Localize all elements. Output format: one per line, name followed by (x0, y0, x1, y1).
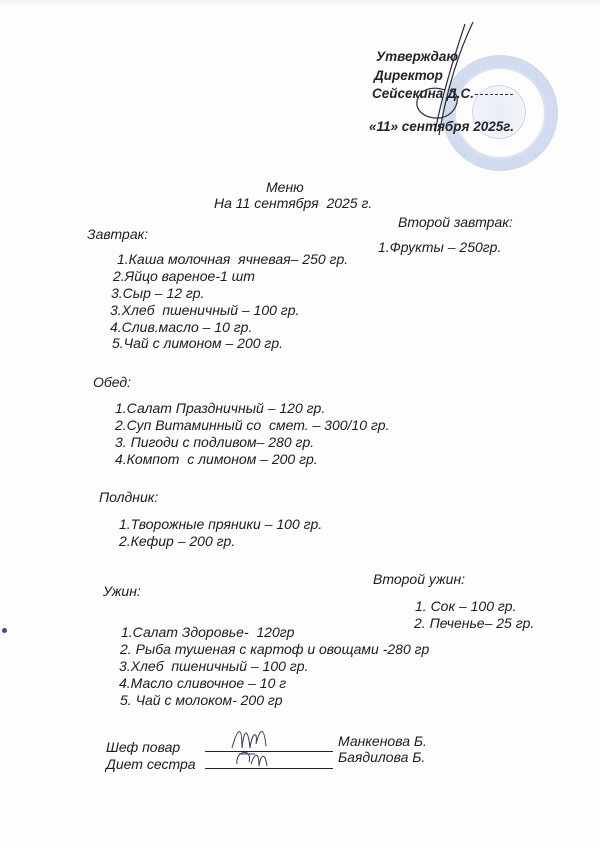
lunch-heading: Обед: (93, 374, 131, 390)
list-item: 2. Печенье– 25 гр. (414, 615, 534, 631)
dinner-heading: Ужин: (103, 583, 141, 599)
list-item: 5.Чай с лимоном – 200 гр. (112, 335, 283, 351)
approval-position: Директор (374, 68, 443, 84)
breakfast-heading: Завтрак: (87, 226, 148, 242)
dietitian-signature (233, 746, 269, 770)
list-item: 3.Хлеб пшеничный – 100 гр. (119, 658, 308, 674)
list-item: 4.Компот с лимоном – 200 гр. (115, 451, 318, 467)
second-breakfast-heading: Второй завтрак: (398, 214, 513, 230)
list-item: 1.Творожные пряники – 100 гр. (119, 516, 322, 532)
page-title: Меню (266, 179, 304, 195)
second-dinner-heading: Второй ужин: (373, 571, 465, 587)
list-item: 1.Фрукты – 250гр. (378, 239, 501, 255)
list-item: 4.Масло сливочное – 10 г (119, 675, 286, 691)
list-item: 2.Суп Витаминный со смет. – 300/10 гр. (115, 417, 389, 433)
signature-dash-line (475, 94, 513, 95)
snack-heading: Полдник: (99, 489, 158, 505)
chef-name: Манкенова Б. (338, 733, 427, 749)
approval-date: «11» сентября 2025г. (369, 119, 514, 135)
dietitian-signature-line (205, 768, 333, 769)
list-item: 3. Пигоди с подливом– 280 гр. (115, 434, 314, 450)
list-item: 2. Рыба тушеная с картоф и овощами -280 … (120, 641, 429, 657)
approval-name: Сейсекина Д.С. (372, 86, 474, 101)
list-item: 1. Сок – 100 гр. (415, 598, 516, 614)
list-item: 3.Сыр – 12 гр. (111, 285, 204, 301)
dietitian-role: Диет сестра (106, 756, 196, 772)
list-item: 5. Чай с молоком- 200 гр (120, 692, 283, 708)
list-item: 1.Каша молочная ячневая– 250 гр. (117, 251, 348, 267)
page-subtitle: На 11 сентября 2025 г. (214, 195, 372, 211)
approval-label: Утверждаю (376, 49, 458, 65)
list-item: 2.Кефир – 200 гр. (119, 533, 235, 549)
list-item: 3.Хлеб пшеничный – 100 гр. (110, 302, 299, 318)
scan-speck (2, 628, 7, 633)
chef-role: Шеф повар (106, 739, 180, 755)
list-item: 2.Яйцо вареное-1 шт (113, 268, 255, 284)
document-page: Утверждаю Директор Сейсекина Д.С. «11» с… (0, 0, 600, 848)
list-item: 1.Салат Праздничный – 120 гр. (115, 400, 325, 416)
list-item: 1.Салат Здоровье- 120гр (121, 624, 294, 640)
list-item: 4.Слив.масло – 10 гр. (110, 319, 252, 335)
approval-name-row: Сейсекина Д.С. (372, 86, 513, 102)
dietitian-name: Баядилова Б. (338, 749, 425, 765)
